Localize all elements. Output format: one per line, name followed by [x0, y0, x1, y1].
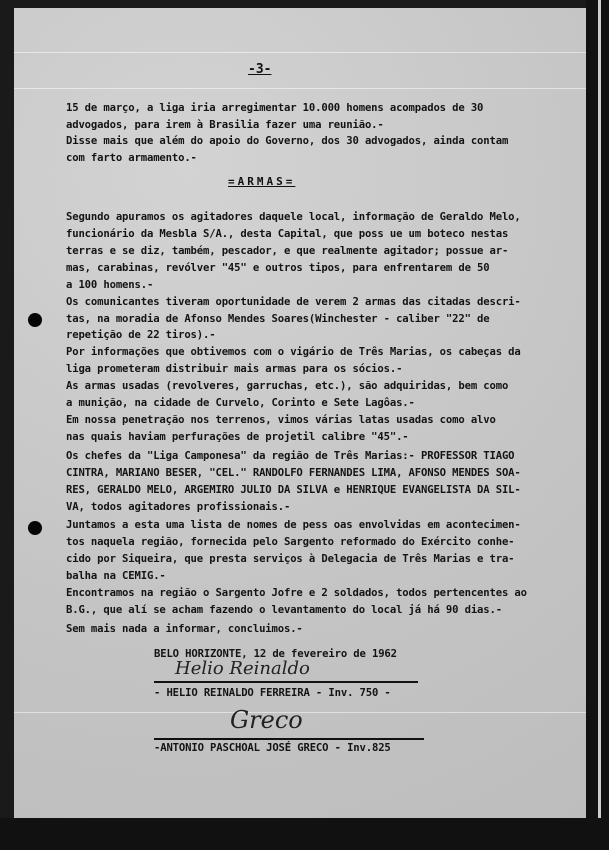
text-line: Os chefes da "Liga Camponesa" da região … — [66, 449, 514, 463]
text-line: Em nossa penetração nos terrenos, vimos … — [66, 413, 496, 427]
text-line: a munição, na cidade de Curvelo, Corinto… — [66, 396, 415, 410]
punch-hole — [28, 313, 42, 327]
section-heading: =ARMAS= — [228, 175, 295, 188]
signature-line — [154, 681, 418, 683]
text-line: terras e se diz, também, pescador, e que… — [66, 244, 508, 258]
text-line: a 100 homens.- — [66, 278, 153, 292]
text-line: cido por Siqueira, que presta serviços à… — [66, 552, 514, 566]
text-line: nas quais haviam perfurações de projetil… — [66, 430, 409, 444]
text-line: B.G., que alí se acham fazendo o levanta… — [66, 603, 502, 617]
page-number: -3- — [248, 62, 271, 77]
text-line: Encontramos na região o Sargento Jofre e… — [66, 586, 527, 600]
signature-line — [154, 738, 424, 740]
text-line: Os comunicantes tiveram oportunidade de … — [66, 295, 521, 309]
text-line: liga prometeram distribuir mais armas pa… — [66, 362, 402, 376]
text-line: advogados, para irem à Brasilia fazer um… — [66, 118, 384, 132]
signer-2: -ANTONIO PASCHOAL JOSÉ GRECO - Inv.825 — [154, 741, 391, 755]
scan-edge — [598, 0, 601, 850]
text-line: Juntamos a esta uma lista de nomes de pe… — [66, 518, 521, 532]
text-line: balha na CEMIG.- — [66, 569, 166, 583]
text-line: Disse mais que além do apoio do Governo,… — [66, 134, 508, 148]
text-line: repetição de 22 tiros).- — [66, 328, 215, 342]
text-line: CINTRA, MARIANO BESER, "CEL." RANDOLFO F… — [66, 466, 521, 480]
text-line: VA, todos agitadores profissionais.- — [66, 500, 290, 514]
signature-2: Greco — [230, 706, 303, 734]
text-line: Por informações que obtivemos com o vigá… — [66, 345, 521, 359]
punch-hole — [28, 521, 42, 535]
text-line: com farto armamento.- — [66, 151, 197, 165]
scan-line — [14, 52, 586, 53]
text-line: tas, na moradia de Afonso Mendes Soares(… — [66, 312, 490, 326]
text-line: tos naquela região, fornecida pelo Sarge… — [66, 535, 514, 549]
scan-bottom — [0, 818, 609, 850]
signer-1: - HELIO REINALDO FERREIRA - Inv. 750 - — [154, 686, 391, 700]
text-line: As armas usadas (revolveres, garruchas, … — [66, 379, 508, 393]
text-line: RES, GERALDO MELO, ARGEMIRO JULIO DA SIL… — [66, 483, 521, 497]
scan-line — [14, 88, 586, 89]
text-line: 15 de março, a liga iria arregimentar 10… — [66, 101, 483, 115]
text-line: Segundo apuramos os agitadores daquele l… — [66, 210, 521, 224]
text-line: Sem mais nada a informar, concluimos.- — [66, 622, 303, 636]
signature-1: Helio Reinaldo — [175, 658, 310, 679]
text-line: funcionário da Mesbla S/A., desta Capita… — [66, 227, 508, 241]
text-line: mas, carabinas, revólver "45" e outros t… — [66, 261, 490, 275]
